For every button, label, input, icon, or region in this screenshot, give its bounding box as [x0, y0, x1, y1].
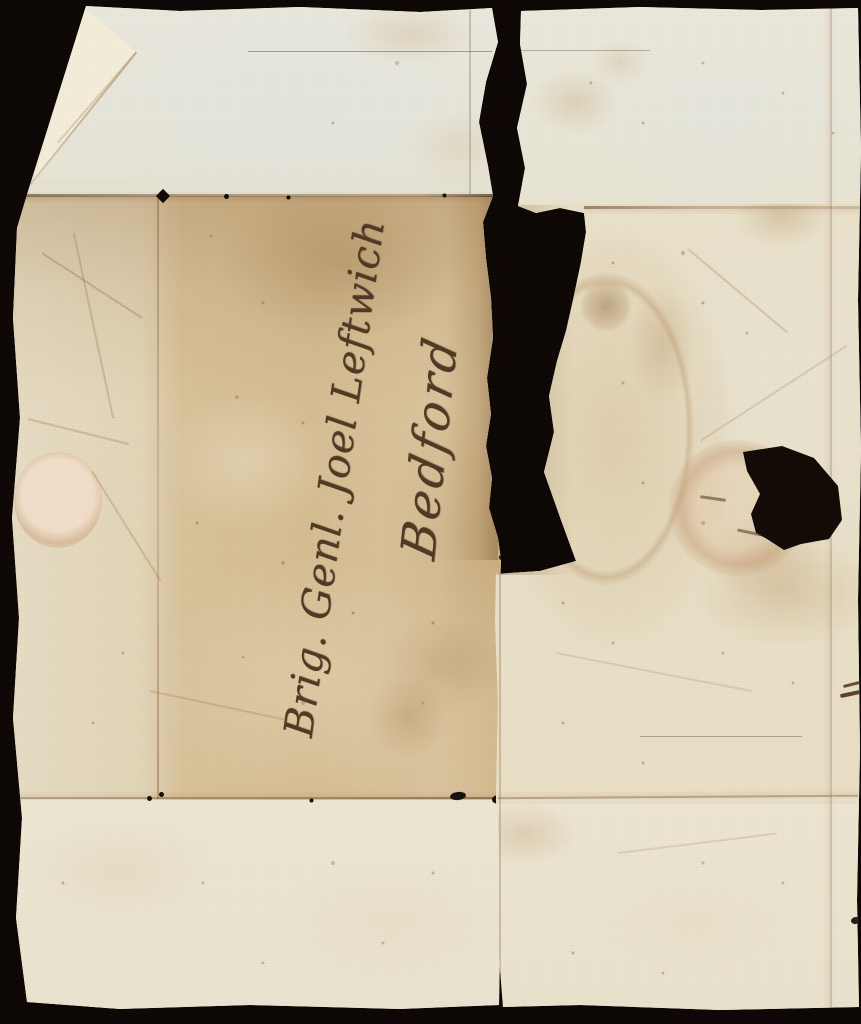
- fold-line-top-right: [584, 206, 861, 209]
- right-bottom-strip: [494, 804, 861, 1010]
- torn-edge-shadow: [497, 205, 592, 575]
- bottom-fold-strip: [10, 800, 502, 1012]
- foxing-speckles: [0, 0, 2, 2]
- seal-stain: [14, 452, 102, 548]
- fold-line-top: [12, 194, 494, 197]
- ruled-line: [248, 51, 492, 52]
- scanner-background: Brig. Genl. Joel Leftwich Bedford: [0, 0, 861, 1024]
- crease-top-strip: [469, 8, 471, 196]
- fold-line-bottom: [12, 797, 500, 799]
- ruled-line: [640, 736, 802, 737]
- center-seam-crease: [499, 545, 501, 1005]
- fold-line-vertical: [157, 197, 159, 799]
- right-top-section: [500, 7, 861, 207]
- ink-blot: [851, 917, 860, 924]
- ink-dots: [0, 0, 3, 3]
- ruled-line: [515, 50, 650, 51]
- foxing-speckles: [0, 0, 2, 2]
